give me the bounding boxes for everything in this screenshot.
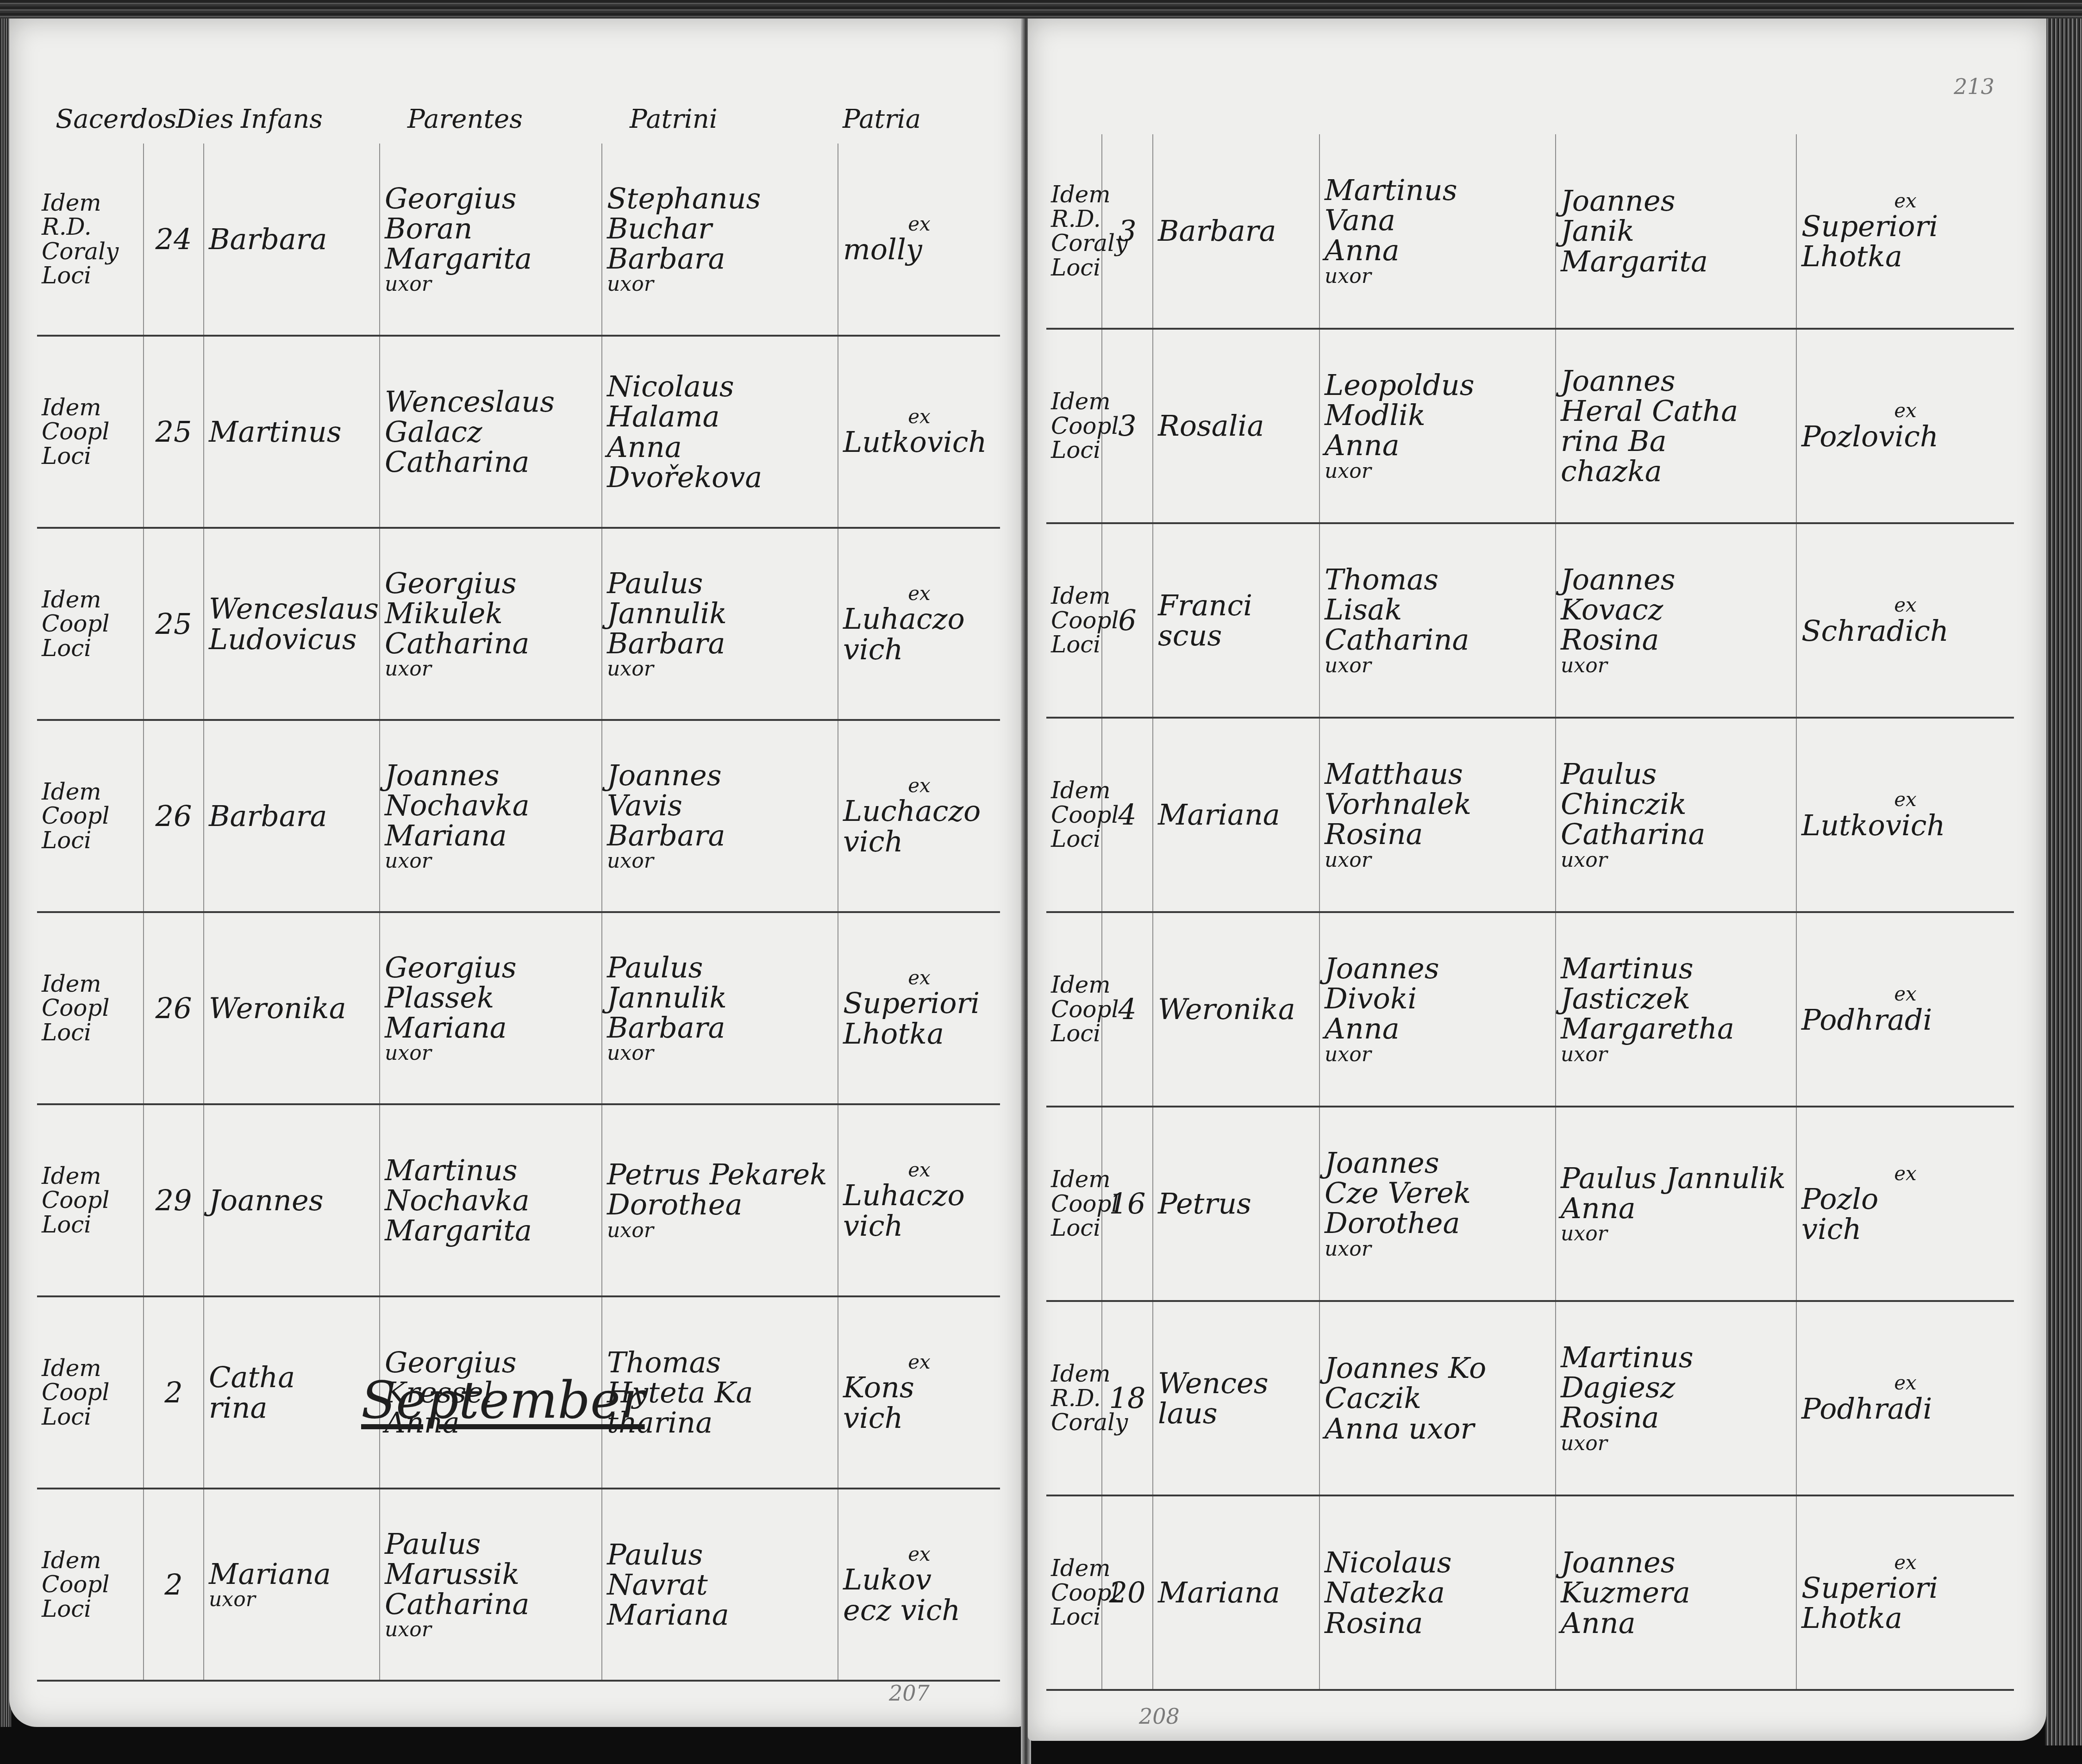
register-entry: IdemCooplLoci25MartinusWenceslausGalaczC… [37,336,1000,528]
parents-text: Catharina [1325,625,1551,655]
celebrant-text: R.D. [42,215,138,239]
infant-text: Ludovicus [209,624,375,654]
parents-text: Rosina [1325,819,1551,849]
parents-text: uxor [1325,461,1551,482]
celebrant-text: Idem [42,588,138,612]
origin-cell: exLutkovich [1796,718,2014,912]
origin-cell: exLuhaczovich [838,528,1000,720]
day-text: 25 [149,609,199,639]
parents-text: Anna [1325,235,1551,265]
register-table-right: IdemR.D.CoralyLoci3BarbaraMartinusVanaAn… [1046,134,2014,1691]
godparents-text: Anna [1561,1193,1791,1223]
parents-text: Anna [1325,1013,1551,1044]
godparents-text: Joannes [1561,366,1791,396]
celebrant-text: Coopl [1051,414,1097,438]
celebrant-text: Idem [1051,1556,1097,1581]
parents-text: Catharina [385,628,597,658]
origin-cell: exLuhaczovich [838,1104,1000,1296]
celebrant-cell: IdemCooplLoci [37,1489,144,1681]
parents-text: Mariana [385,820,597,851]
day-text: 18 [1107,1383,1148,1413]
infant-text: Martinus [209,417,375,447]
day-cell: 26 [144,912,204,1104]
register-entry: IdemCooplLoci25WenceslausLudovicusGeorgi… [37,528,1000,720]
day-cell: 26 [144,720,204,912]
parents-text: Marussik [385,1559,597,1589]
celebrant-text: Coopl [42,1572,138,1597]
infant-cell: Marianauxor [204,1489,380,1681]
godparents-cell: JoannesKovaczRosinauxor [1556,523,1796,718]
day-cell: 20 [1102,1495,1153,1690]
origin-cell: exSuperioriLhotka [1796,134,2014,329]
origin-cell: exLukovecz vich [838,1489,1000,1681]
parents-text: Margarita [385,244,597,274]
godparents-cell: NicolausHalamaAnnaDvořekova [602,336,838,528]
godparents-text: Margaretha [1561,1013,1791,1044]
celebrant-text: Loci [42,1405,138,1429]
register-entry: IdemCooplLoci4MarianaMatthausVorhnalekRo… [1046,718,2014,912]
celebrant-text: Loci [1051,827,1097,851]
parents-text: Joannes [385,760,597,790]
parents-text: Anna [1325,430,1551,460]
godparents-text: Dorothea [607,1189,833,1220]
infant-cell: Mariana [1153,718,1319,912]
day-cell: 29 [144,1104,204,1296]
infant-text: Mariana [1158,800,1314,830]
celebrant-text: Idem [42,1548,138,1573]
godparents-text: Martinus [1561,953,1791,983]
parents-text: Vana [1325,205,1551,235]
register-rows: IdemR.D.CoralyLoci24BarbaraGeorgiusBoran… [37,144,1000,1681]
infant-cell: Barbara [204,720,380,912]
parents-text: Vorhnalek [1325,789,1551,819]
celebrant-text: Idem [42,780,138,804]
day-text: 25 [149,417,199,447]
origin-cell: exmolly [838,144,1000,336]
origin-text: ex [1801,1552,2009,1573]
origin-text: ecz vich [843,1595,995,1625]
godparents-text: Martinus [1561,1342,1791,1372]
parents-text: Matthaus [1325,759,1551,789]
celebrant-text: Loci [42,1597,138,1621]
day-text: 26 [149,801,199,831]
parents-cell: JoannesCze VerekDorotheauxor [1319,1107,1556,1301]
godparents-text: Paulus [607,1539,833,1570]
origin-cell: exSchradich [1796,523,2014,718]
godparents-cell: JoannesJanikMargarita [1556,134,1796,329]
origin-text: Lhotka [1801,1603,2009,1633]
parents-text: Nicolaus [1325,1547,1551,1577]
celebrant-cell: IdemCooplLoci [1046,718,1102,912]
infant-text: scus [1158,620,1314,651]
day-cell: 18 [1102,1301,1153,1495]
celebrant-text: Coopl [1051,803,1097,827]
parents-text: Dorothea [1325,1208,1551,1238]
day-cell: 25 [144,528,204,720]
godparents-cell: MartinusJasticzekMargarethauxor [1556,912,1796,1107]
godparents-text: Margarita [1561,246,1791,276]
godparents-text: Barbara [607,244,833,274]
godparents-text: Kuzmera [1561,1577,1791,1608]
origin-text: Pozlo [1801,1184,2009,1214]
parents-text: Natezka [1325,1577,1551,1608]
celebrant-cell: IdemCooplLoci [37,1296,144,1489]
celebrant-text: Coopl [1051,1581,1097,1605]
parents-text: Nochavka [385,790,597,820]
godparents-text: Nicolaus [607,371,833,401]
origin-text: ex [1801,1163,2009,1184]
origin-cell: exSuperioriLhotka [1796,1495,2014,1690]
origin-text: ex [843,1544,995,1564]
infant-cell: Weronika [1153,912,1319,1107]
origin-cell: exKonsvich [838,1296,1000,1489]
godparents-text: Anna [1561,1608,1791,1638]
godparents-text: uxor [1561,850,1791,871]
parents-text: uxor [385,851,597,872]
parents-text: Plassek [385,982,597,1013]
origin-text: ex [1801,595,2009,615]
day-text: 16 [1107,1189,1148,1219]
parents-cell: GeorgiusBoranMargaritauxor [380,144,602,336]
godparents-text: Joannes [607,760,833,790]
celebrant-cell: IdemCooplLoci [1046,329,1102,523]
page-edges-right [2045,19,2082,1745]
parents-text: Modlik [1325,400,1551,430]
celebrant-text: Coopl [1051,997,1097,1022]
page-number: 213 [1954,74,1994,99]
celebrant-text: Coopl [42,612,138,636]
parents-text: uxor [1325,1239,1551,1260]
godparents-cell: PaulusNavratMariana [602,1489,838,1681]
origin-text: ex [1801,984,2009,1004]
infant-text: laus [1158,1398,1314,1428]
celebrant-text: Idem [1051,778,1097,803]
celebrant-text: Idem [42,191,138,215]
day-cell: 24 [144,144,204,336]
folio-note: 207 [889,1681,930,1706]
godparents-text: Barbara [607,820,833,851]
celebrant-text: Loci [1051,1605,1097,1629]
godparents-text: Stephanus [607,183,833,213]
godparents-text: uxor [607,658,833,680]
godparents-text: Barbara [607,628,833,658]
godparents-text: rina Ba [1561,426,1791,456]
parents-text: uxor [1325,850,1551,871]
parents-text: Georgius [385,183,597,213]
origin-cell: exLuchaczovich [838,720,1000,912]
infant-cell: Franciscus [1153,523,1319,718]
godparents-text: uxor [607,1043,833,1064]
parents-text: Boran [385,213,597,244]
godparents-cell: JoannesVavisBarbarauxor [602,720,838,912]
day-text: 26 [149,993,199,1023]
register-entry: IdemCooplLoci2MarianauxorPaulusMarussikC… [37,1489,1000,1681]
godparents-text: Dvořekova [607,462,833,492]
parents-text: Cze Verek [1325,1178,1551,1208]
origin-text: molly [843,234,995,264]
godparents-text: uxor [607,274,833,295]
infant-text: Barbara [209,801,375,831]
parents-text: Martinus [1325,175,1551,205]
celebrant-text: Idem [1051,1362,1097,1386]
origin-text: vich [843,826,995,857]
godparents-text: Anna [607,432,833,462]
infant-cell: WenceslausLudovicus [204,528,380,720]
celebrant-text: Coopl [42,996,138,1020]
godparents-text: Jannulik [607,982,833,1013]
godparents-text: Joannes [1561,564,1791,594]
register-entry: IdemCooplLoci26WeronikaGeorgiusPlassekMa… [37,912,1000,1104]
godparents-text: Paulus [607,568,833,598]
left-page: Sacerdos Dies Infans Parentes Patrini Pa… [9,19,1023,1727]
header-patrini: Patrini [630,104,718,134]
godparents-text: Buchar [607,213,833,244]
celebrant-text: Loci [42,1213,138,1237]
register-entry: IdemR.D.Coraly18WenceslausJoannes KoCacz… [1046,1301,2014,1495]
day-cell: 25 [144,336,204,528]
parents-text: uxor [1325,266,1551,287]
origin-text: Lukov [843,1564,995,1595]
celebrant-text: Loci [42,444,138,469]
celebrant-text: Coraly [1051,1410,1097,1435]
godparents-text: Mariana [607,1600,833,1630]
day-text: 29 [149,1185,199,1215]
infant-cell: Catharina [204,1296,380,1489]
celebrant-text: Loci [1051,1216,1097,1240]
godparents-text: Vavis [607,790,833,820]
godparents-text: Chinczik [1561,789,1791,819]
parents-text: Thomas [1325,564,1551,594]
godparents-text: uxor [1561,1223,1791,1245]
infant-cell: Martinus [204,336,380,528]
parents-text: Leopoldus [1325,370,1551,400]
column-header-row: Sacerdos Dies Infans Parentes Patrini Pa… [46,83,1005,139]
celebrant-text: Loci [1051,632,1097,657]
celebrant-text: Loci [1051,1021,1097,1046]
infant-cell: Wenceslaus [1153,1301,1319,1495]
godparents-cell: JoannesHeral Catharina Bachazka [1556,329,1796,523]
register-entry: IdemCooplLoci26BarbaraJoannesNochavkaMar… [37,720,1000,912]
godparents-text: Jasticzek [1561,983,1791,1013]
godparents-cell: Paulus JannulikAnnauxor [1556,1107,1796,1301]
origin-text: Podhradi [1801,1005,2009,1035]
parents-text: Nochavka [385,1185,597,1215]
godparents-text: Petrus Pekarek [607,1159,833,1189]
parents-text: Georgius [385,952,597,982]
header-sacerdos: Sacerdos [56,104,176,134]
godparents-text: Paulus Jannulik [1561,1163,1791,1193]
godparents-text: chazka [1561,456,1791,486]
celebrant-text: Coraly [42,239,138,264]
origin-text: vich [843,634,995,664]
origin-text: ex [843,214,995,234]
godparents-text: uxor [1561,1044,1791,1065]
celebrant-text: Idem [1051,389,1097,414]
celebrant-cell: IdemCooplLoci [37,336,144,528]
celebrant-text: Idem [42,1356,138,1381]
origin-text: vich [1801,1214,2009,1244]
celebrant-cell: IdemCooplLoci [1046,523,1102,718]
infant-text: rina [209,1393,375,1423]
parents-text: Anna uxor [1325,1414,1551,1444]
celebrant-text: Loci [42,263,138,288]
infant-text: Joannes [209,1185,375,1215]
infant-cell: Rosalia [1153,329,1319,523]
origin-text: Lhotka [843,1019,995,1049]
origin-text: Superiori [843,988,995,1018]
parents-text: Joannes Ko [1325,1353,1551,1383]
celebrant-cell: IdemR.D.CoralyLoci [1046,134,1102,329]
parents-text: uxor [385,274,597,295]
origin-text: vich [843,1403,995,1433]
infant-cell: Barbara [204,144,380,336]
origin-cell: exSuperioriLhotka [838,912,1000,1104]
origin-cell: exPodhradi [1796,1301,2014,1495]
origin-text: ex [843,1352,995,1372]
celebrant-cell: IdemCooplLoci [37,1104,144,1296]
parents-cell: JoannesDivokiAnnauxor [1319,912,1556,1107]
parents-text: Divoki [1325,983,1551,1013]
parents-cell: Joannes KoCaczikAnna uxor [1319,1301,1556,1495]
folio-note: 208 [1139,1704,1180,1729]
parents-cell: PaulusMarussikCatharinauxor [380,1489,602,1681]
origin-text: ex [843,776,995,796]
day-text: 24 [149,224,199,254]
celebrant-text: Coraly [1051,231,1097,256]
infant-text: Weronika [1158,994,1314,1024]
godparents-text: Paulus [1561,759,1791,789]
origin-text: Lutkovich [1801,810,2009,840]
celebrant-text: Loci [42,1020,138,1045]
godparents-cell: PaulusJannulikBarbarauxor [602,528,838,720]
celebrant-text: Loci [42,828,138,853]
parents-text: uxor [1325,655,1551,676]
origin-text: ex [843,968,995,988]
origin-text: ex [843,1160,995,1180]
celebrant-cell: IdemR.D.CoralyLoci [37,144,144,336]
celebrant-text: Idem [42,395,138,420]
godparents-text: Heral Catha [1561,396,1791,426]
origin-cell: exPodhradi [1796,912,2014,1107]
parents-text: Galacz [385,417,597,447]
celebrant-cell: IdemR.D.Coraly [1046,1301,1102,1495]
godparents-text: Halama [607,401,833,432]
header-infans: Infans [241,104,323,134]
origin-text: ex [1801,1373,2009,1393]
register-entry: IdemR.D.CoralyLoci24BarbaraGeorgiusBoran… [37,144,1000,336]
parents-cell: GeorgiusPlassekMarianauxor [380,912,602,1104]
godparents-cell: PaulusJannulikBarbarauxor [602,912,838,1104]
celebrant-text: Idem [1051,973,1097,997]
parents-text: Margarita [385,1215,597,1245]
infant-text: Rosalia [1158,411,1314,441]
infant-text: Weronika [209,993,375,1023]
godparents-cell: StephanusBucharBarbarauxor [602,144,838,336]
parents-text: Paulus [385,1529,597,1559]
parents-text: uxor [385,1043,597,1064]
celebrant-cell: IdemCooplLoci [1046,1107,1102,1301]
register-entry: IdemR.D.CoralyLoci3BarbaraMartinusVanaAn… [1046,134,2014,329]
origin-text: ex [1801,191,2009,211]
celebrant-text: R.D. [1051,1386,1097,1411]
origin-text: Luhaczo [843,1180,995,1210]
godparents-cell: PaulusChinczikCatharinauxor [1556,718,1796,912]
celebrant-text: Idem [42,972,138,996]
day-cell: 2 [144,1296,204,1489]
right-page: 213 IdemR.D.CoralyLoci3BarbaraMartinusVa… [1028,19,2046,1741]
origin-cell: exPozlovich [1796,1107,2014,1301]
month-heading: September [361,1370,645,1430]
parents-cell: MatthausVorhnalekRosinauxor [1319,718,1556,912]
celebrant-text: Idem [1051,1167,1097,1192]
celebrant-cell: IdemCooplLoci [37,528,144,720]
parents-text: Rosina [1325,1608,1551,1638]
godparents-text: Jannulik [607,598,833,628]
origin-text: Superiori [1801,211,2009,241]
origin-text: Lhotka [1801,241,2009,271]
godparents-text: Dagiesz [1561,1372,1791,1402]
celebrant-text: Idem [1051,182,1097,207]
godparents-text: Rosina [1561,625,1791,655]
celebrant-text: Coopl [42,1380,138,1405]
infant-text: Wenceslaus [209,594,375,624]
celebrant-text: Loci [1051,256,1097,280]
parents-text: uxor [385,1619,597,1640]
origin-cell: exPozlovich [1796,329,2014,523]
parents-cell: LeopoldusModlikAnnauxor [1319,329,1556,523]
godparents-text: Kovacz [1561,594,1791,625]
register-table-left: IdemR.D.CoralyLoci24BarbaraGeorgiusBoran… [37,144,1000,1682]
godparents-cell: MartinusDagieszRosinauxor [1556,1301,1796,1495]
parents-text: Caczik [1325,1383,1551,1413]
celebrant-text: Loci [42,636,138,661]
celebrant-cell: IdemCooplLoci [37,720,144,912]
godparents-text: Catharina [1561,819,1791,849]
parents-text: Lisak [1325,594,1551,625]
register-entry: IdemCooplLoci3RosaliaLeopoldusModlikAnna… [1046,329,2014,523]
register-entry: IdemCooplLoci4WeronikaJoannesDivokiAnnau… [1046,912,2014,1107]
godparents-text: Barbara [607,1013,833,1043]
godparents-text: uxor [1561,1433,1791,1454]
day-cell: 16 [1102,1107,1153,1301]
celebrant-cell: IdemCooplLoci [1046,1495,1102,1690]
infant-cell: Joannes [204,1104,380,1296]
celebrant-text: Coopl [42,419,138,444]
parents-text: Joannes [1325,1148,1551,1178]
origin-text: vich [843,1211,995,1241]
celebrant-text: Idem [1051,584,1097,608]
origin-text: ex [843,407,995,427]
header-parentes: Parentes [407,104,523,134]
godparents-text: uxor [607,1220,833,1241]
celebrant-cell: IdemCooplLoci [1046,912,1102,1107]
origin-text: ex [843,583,995,604]
origin-text: Superiori [1801,1573,2009,1603]
origin-text: Schradich [1801,616,2009,646]
parents-cell: MartinusNochavkaMargarita [380,1104,602,1296]
header-dies: Dies [176,104,234,134]
day-text: 2 [149,1377,199,1407]
celebrant-text: Coopl [42,1188,138,1213]
parents-cell: MartinusVanaAnnauxor [1319,134,1556,329]
origin-text: ex [1801,400,2009,421]
godparents-text: Rosina [1561,1402,1791,1432]
day-text: 20 [1107,1577,1148,1608]
celebrant-text: Coopl [42,804,138,828]
parents-cell: GeorgiusMikulekCatharinauxor [380,528,602,720]
register-entry: IdemCooplLoci16PetrusJoannesCze VerekDor… [1046,1107,2014,1301]
godparents-text: Joannes [1561,186,1791,216]
